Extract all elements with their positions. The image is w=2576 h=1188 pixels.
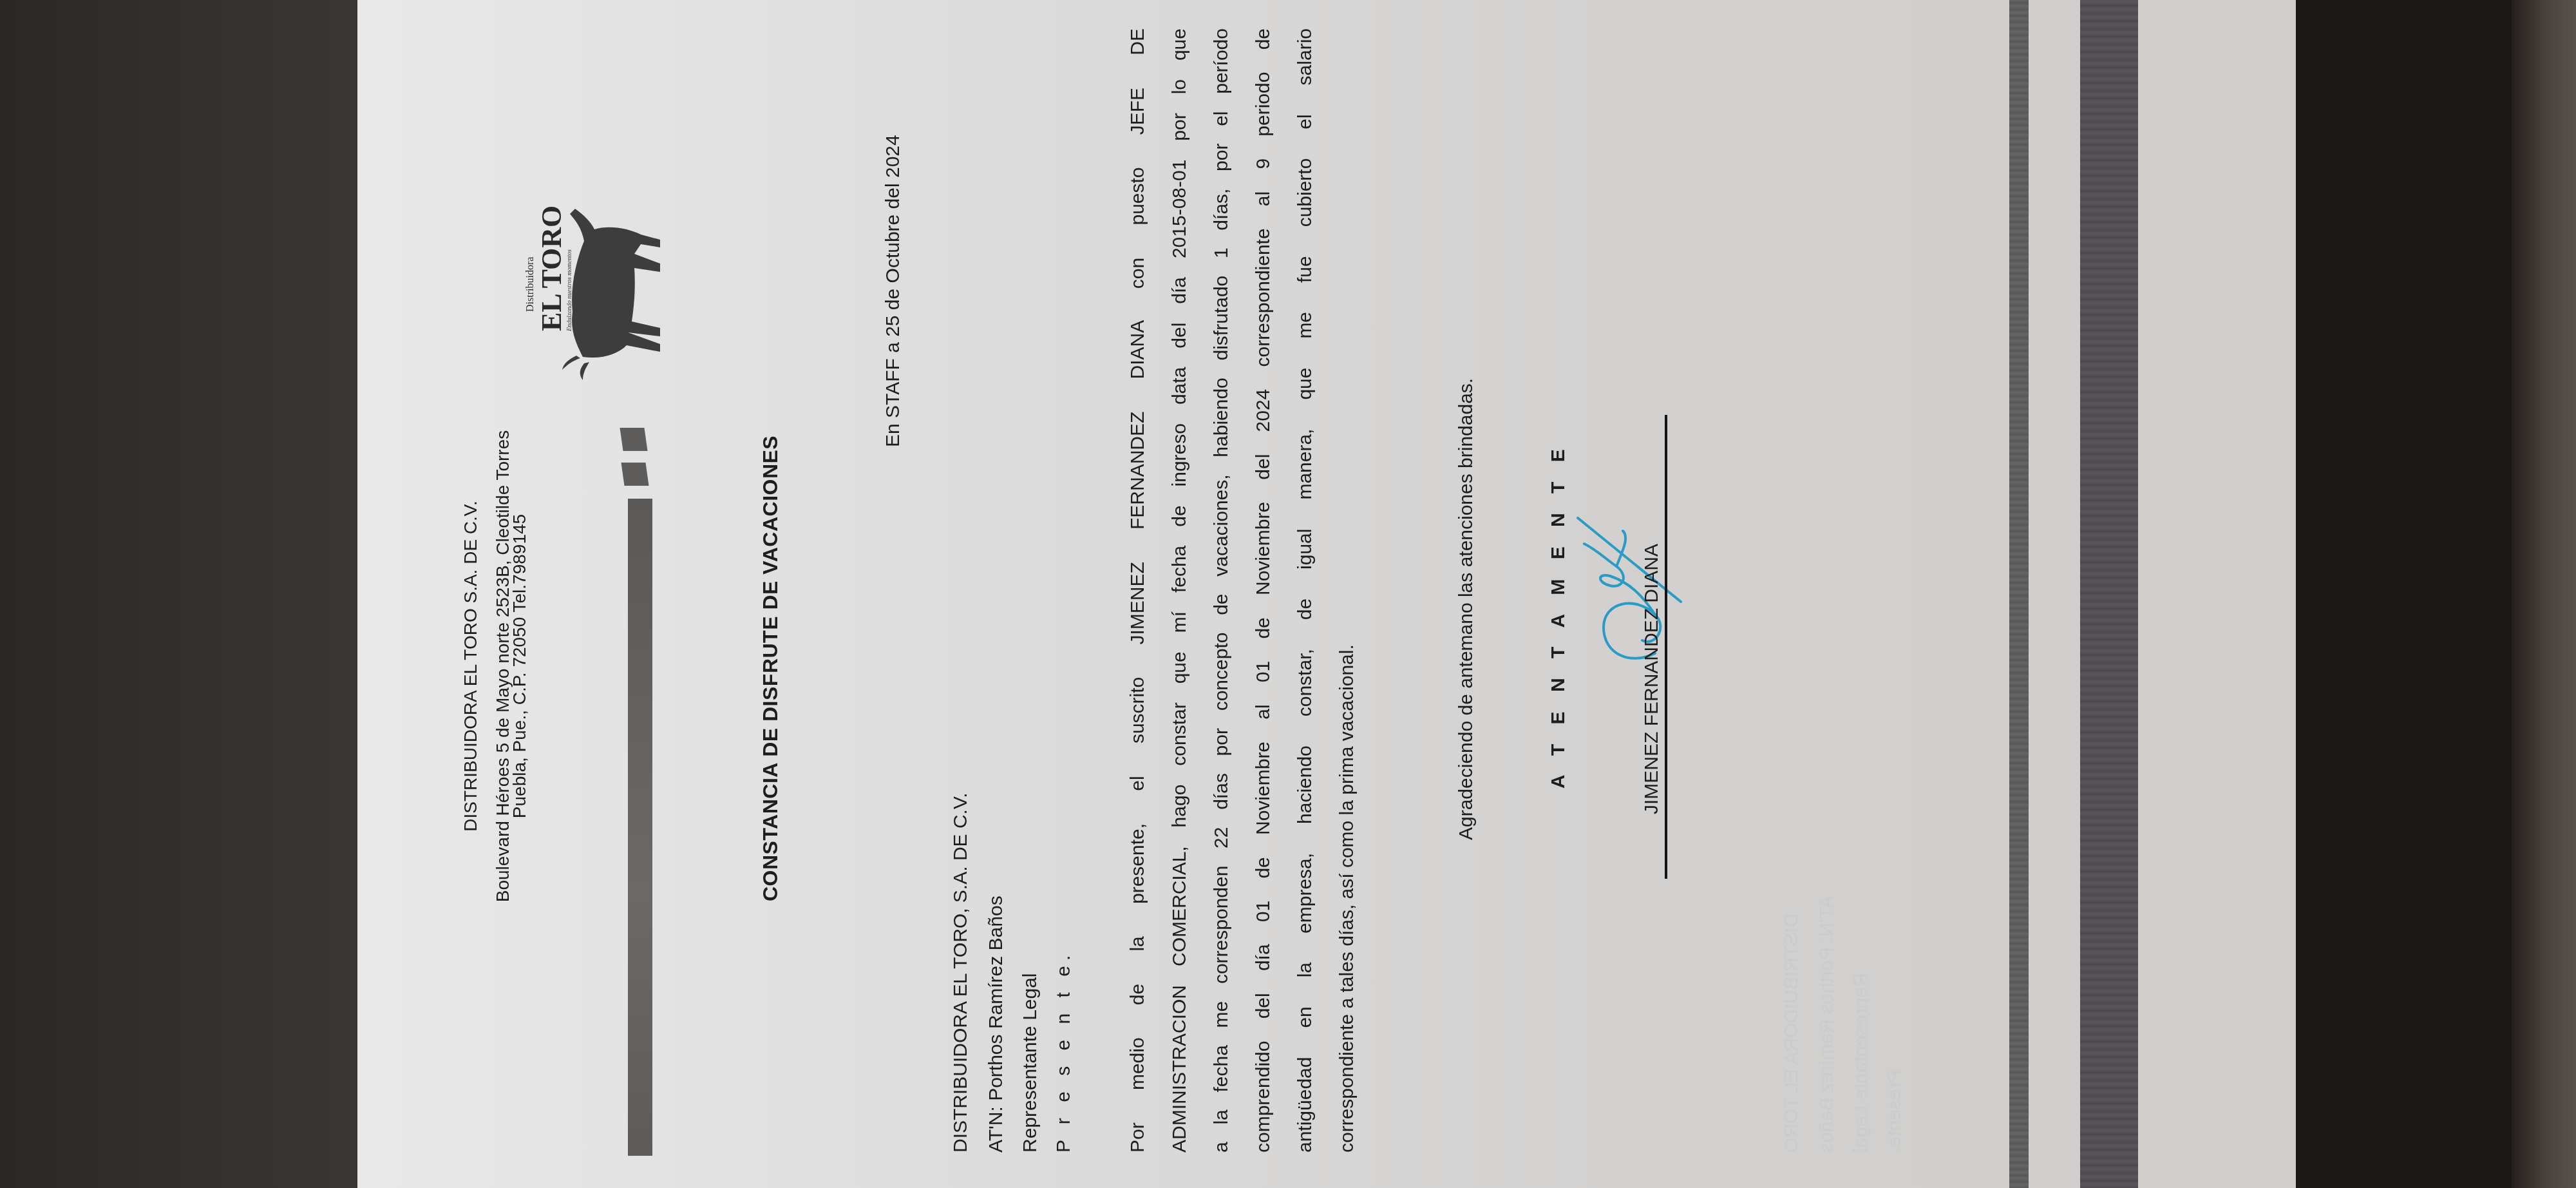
document-title: CONSTANCIA DE DISFRUTE DE VACACIONES: [759, 436, 782, 901]
recipient-role: Representante Legal: [1019, 973, 1041, 1153]
body-line: a la fecha me corresponden 22 días por c…: [1211, 28, 1233, 1153]
closing-thanks: Agradeciendo de antemano las atenciones …: [1455, 378, 1477, 840]
recipient-company: DISTRIBUIDORA EL TORO, S.A. DE C.V.: [950, 793, 972, 1153]
printed-footer-bar: [2080, 0, 2138, 1188]
body-line: Por medio de la presente, el suscrito JI…: [1127, 28, 1149, 1153]
signer-name: JIMENEZ FERNANDEZ DIANA: [1641, 544, 1663, 814]
background-edge: [2512, 0, 2576, 1188]
body-line: ADMINISTRACION COMERCIAL, hago constar q…: [1169, 28, 1191, 1153]
recipient-attention: AT'N: Porthos Ramírez Baños: [985, 896, 1007, 1153]
signature-line: [1665, 415, 1667, 879]
letter-paper: DISTRIBUIDORA EL TORO S.A. DE C.V. Boule…: [357, 0, 2296, 1188]
place-date: En STAFF a 25 de Octubre del 2024: [882, 135, 904, 447]
signature-mark: [1558, 512, 1713, 679]
dark-background-left: [0, 0, 361, 1188]
bleed-through-text: DISTRIBUIDORA EL TORO: [1781, 914, 1803, 1153]
rotated-page: DISTRIBUIDORA EL TORO S.A. DE C.V. Boule…: [357, 0, 2296, 1188]
company-logo: Distribuidora EL TORO Endulzando nuestro…: [551, 189, 667, 383]
letterhead-city: Puebla, Pue., C.P. 72050 Tel.7989145: [509, 312, 530, 1020]
recipient-greeting: P r e s e n t e.: [1053, 950, 1075, 1153]
bleed-through-text: AT'N: Porthos Ramírez Baños: [1816, 896, 1838, 1153]
body-line: antigüedad en la empresa, haciendo const…: [1294, 28, 1316, 1153]
letterhead-company: DISTRIBUIDORA EL TORO S.A. DE C.V.: [460, 312, 481, 1020]
logo-brand: EL TORO: [535, 206, 568, 331]
body-line: comprendido del día 01 de Noviembre al 0…: [1253, 28, 1274, 1153]
bleed-through-text: Presente.: [1884, 1070, 1906, 1153]
body-line: correspondiente a tales días, así como l…: [1336, 28, 1358, 1153]
bleed-through-text: Representante Legal: [1850, 973, 1872, 1153]
logo-tagline: Endulzando nuestros momentos: [566, 249, 573, 331]
letterhead-bar: [628, 499, 652, 1156]
printed-footer-bar: [2009, 0, 2029, 1188]
letterhead-bar-segment: [620, 428, 647, 451]
letterhead-bar-segment: [621, 463, 649, 486]
